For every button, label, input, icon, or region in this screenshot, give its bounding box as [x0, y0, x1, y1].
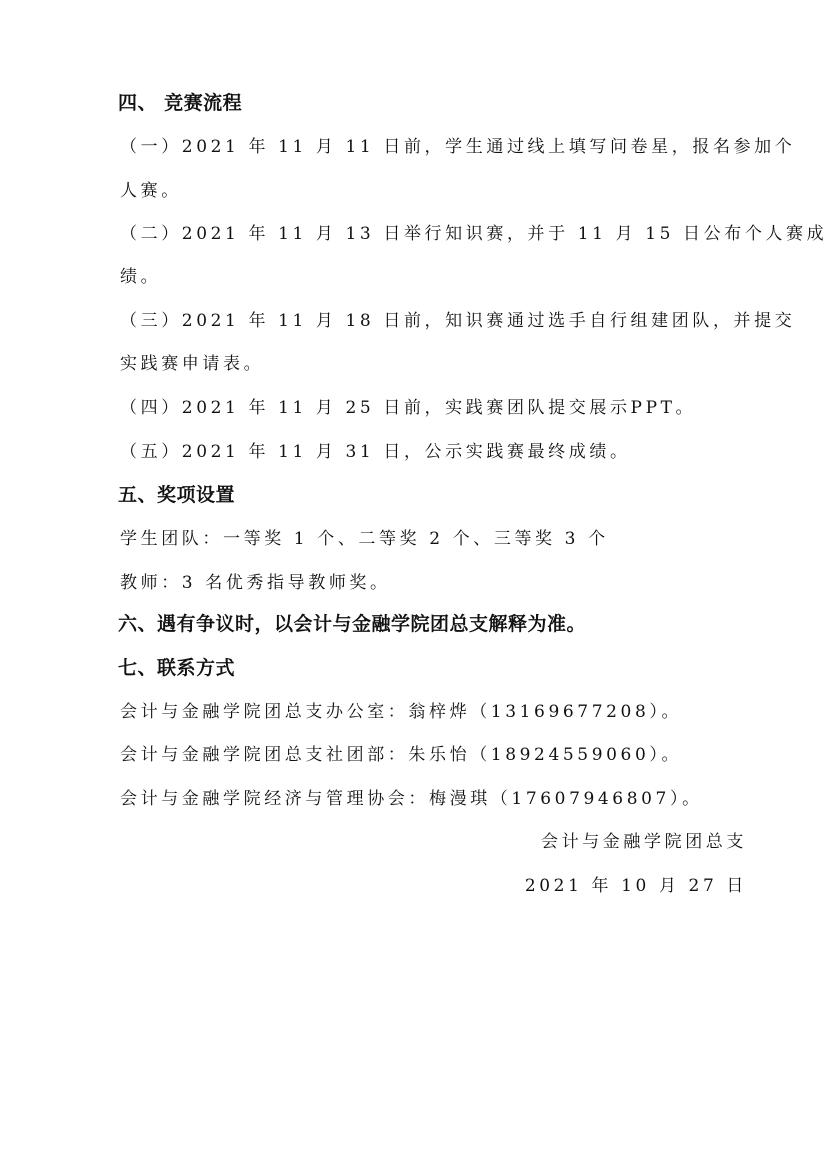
process-item-1-line2: 人赛。 — [120, 176, 182, 201]
process-item-5: （五）2021 年 11 月 31 日，公示实践赛最终成绩。 — [120, 437, 631, 462]
section-6-heading: 六、遇有争议时，以会计与金融学院团总支解释为准。 — [118, 609, 586, 636]
document-page: 四、 竞赛流程 （一）2021 年 11 月 11 日前，学生通过线上填写问卷星… — [0, 0, 827, 1169]
process-item-3-line1: （三）2021 年 11 月 18 日前，知识赛通过选手自行组建团队，并提交 — [120, 306, 750, 331]
contact-club-dept: 会计与金融学院团总支社团部：朱乐怡（18924559060）。 — [120, 740, 682, 765]
process-item-4: （四）2021 年 11 月 25 日前，实践赛团队提交展示PPT。 — [120, 393, 696, 418]
contact-association: 会计与金融学院经济与管理协会：梅漫琪（17607946807）。 — [120, 784, 703, 809]
process-item-2-line1: （二）2021 年 11 月 13 日举行知识赛，并于 11 月 15 日公布个… — [120, 219, 750, 244]
contact-office: 会计与金融学院团总支办公室：翁梓烨（13169677208）。 — [120, 697, 682, 722]
section-4-heading: 四、 竞赛流程 — [118, 88, 242, 115]
process-item-1-line1: （一）2021 年 11 月 11 日前，学生通过线上填写问卷星，报名参加个 — [120, 132, 750, 157]
section-5-heading: 五、奖项设置 — [118, 480, 235, 507]
awards-teachers: 教师：3 名优秀指导教师奖。 — [120, 568, 391, 593]
process-item-3-line2: 实践赛申请表。 — [120, 349, 264, 374]
awards-students: 学生团队：一等奖 1 个、二等奖 2 个、三等奖 3 个 — [120, 524, 609, 549]
signature-org: 会计与金融学院团总支 — [541, 827, 747, 852]
section-7-heading: 七、联系方式 — [118, 653, 235, 680]
process-item-2-line2: 绩。 — [120, 262, 161, 287]
signature-date: 2021 年 10 月 27 日 — [525, 871, 747, 896]
